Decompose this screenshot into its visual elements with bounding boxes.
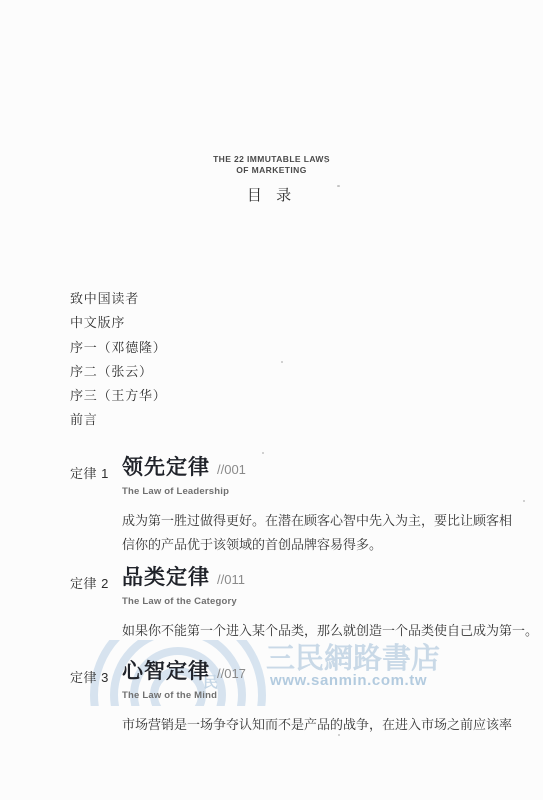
law-2-english-subtitle: The Law of the Category — [122, 596, 543, 607]
law-1-title: 领先定律 — [122, 456, 210, 479]
front-matter-list: 致中国读者 中文版序 序一（邓德隆） 序二（张云） 序三（王方华） 前言 — [70, 287, 167, 433]
law-2-description: 如果你不能第一个进入某个品类，那么就创造一个品类使自己成为第一。 — [122, 619, 543, 643]
scan-speck — [338, 734, 340, 736]
scan-speck — [262, 452, 264, 454]
scan-speck — [325, 161, 327, 163]
scan-speck — [281, 361, 283, 363]
law-3-page-number: //017 — [217, 666, 246, 681]
toc-item-readers-note: 致中国读者 — [70, 287, 167, 311]
toc-item-chinese-preface: 中文版序 — [70, 311, 167, 335]
toc-item-foreword: 前言 — [70, 408, 167, 432]
law-3-description-line1: 市场营销是一场争夺认知而不是产品的战争，在进入市场之前应该率 — [122, 713, 543, 737]
law-2-page-number: //011 — [217, 572, 245, 587]
law-2-title: 品类定律 — [122, 566, 210, 589]
law-3-title: 心智定律 — [122, 660, 210, 683]
page-title: 目 录 — [0, 184, 543, 205]
law-1-label: 定律 1 — [70, 463, 109, 482]
law-2-description-line1: 如果你不能第一个进入某个品类，那么就创造一个品类使自己成为第一。 — [122, 619, 543, 643]
series-header-line2: OF MARKETING — [0, 165, 543, 176]
law-1-english-subtitle: The Law of Leadership — [122, 486, 543, 497]
scan-speck — [523, 500, 525, 502]
law-entry-2: 定律 2 品类定律//011 The Law of the Category 如… — [0, 566, 543, 643]
toc-item-preface-3: 序三（王方华） — [70, 384, 167, 408]
book-series-header: THE 22 IMMUTABLE LAWS OF MARKETING — [0, 154, 543, 176]
scan-speck — [337, 185, 340, 187]
series-header-line1: THE 22 IMMUTABLE LAWS — [0, 154, 543, 165]
law-1-description-line1: 成为第一胜过做得更好。在潜在顾客心智中先入为主，要比让顾客相 — [122, 509, 543, 533]
law-1-page-number: //001 — [217, 462, 246, 477]
law-entry-1: 定律 1 领先定律//001 The Law of Leadership 成为第… — [0, 456, 543, 557]
law-3-description: 市场营销是一场争夺认知而不是产品的战争，在进入市场之前应该率 — [122, 713, 543, 737]
law-1-description-line2: 信你的产品优于该领域的首创品牌容易得多。 — [122, 533, 543, 557]
law-3-english-subtitle: The Law of the Mind — [122, 690, 543, 701]
law-2-label: 定律 2 — [70, 573, 109, 592]
toc-item-preface-1: 序一（邓德隆） — [70, 336, 167, 360]
law-3-label: 定律 3 — [70, 667, 109, 686]
law-1-description: 成为第一胜过做得更好。在潜在顾客心智中先入为主，要比让顾客相 信你的产品优于该领… — [122, 509, 543, 557]
law-entry-3: 定律 3 心智定律//017 The Law of the Mind 市场营销是… — [0, 660, 543, 737]
toc-item-preface-2: 序二（张云） — [70, 360, 167, 384]
book-toc-page: 民 三民網路書店 www.sanmin.com.tw THE 22 IMMUTA… — [0, 0, 543, 800]
